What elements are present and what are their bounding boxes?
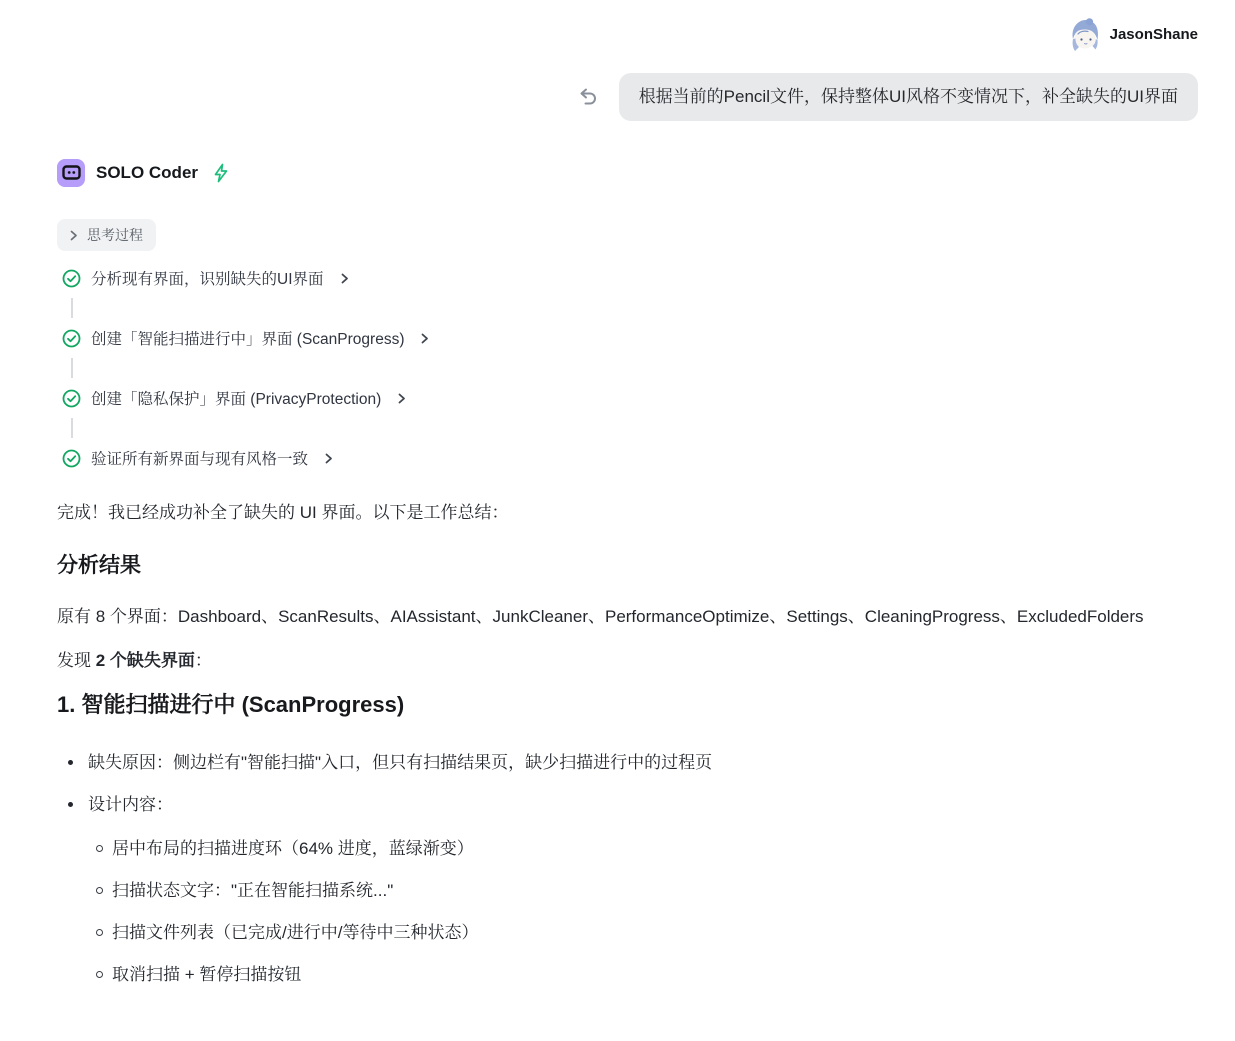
- task-item[interactable]: 创建「隐私保护」界面 (PrivacyProtection): [62, 385, 1198, 411]
- solo-coder-robot-icon: [57, 159, 85, 187]
- sub-bullet-item: 取消扫描 + 暂停扫描按钮: [57, 963, 1198, 987]
- username-label: JasonShane: [1110, 26, 1198, 43]
- sub-bullet-item: 扫描文件列表（已完成/进行中/等待中三种状态）: [57, 921, 1198, 945]
- thinking-process-toggle[interactable]: 思考过程: [57, 219, 156, 251]
- sub-bullet-item: 扫描状态文字："正在智能扫描系统...": [57, 879, 1198, 903]
- task-check-icon: [62, 329, 81, 348]
- assistant-header: SOLO Coder: [57, 159, 1198, 187]
- task-label: 验证所有新界面与现有风格一致: [91, 447, 308, 469]
- missing-count-text: 发现 2 个缺失界面：: [57, 649, 1198, 673]
- chevron-right-icon: [421, 333, 429, 344]
- task-check-icon: [62, 389, 81, 408]
- chevron-right-icon: [341, 273, 349, 284]
- task-item[interactable]: 验证所有新界面与现有风格一致: [62, 445, 1198, 471]
- task-list: 分析现有界面，识别缺失的UI界面 创建「智能扫描进行中」界面 (ScanProg…: [62, 265, 1198, 471]
- thinking-process-label: 思考过程: [87, 225, 143, 245]
- task-connector-line: [71, 358, 73, 378]
- chevron-right-icon: [70, 230, 78, 241]
- sub-bullet-list: 居中布局的扫描进度环（64% 进度，蓝绿渐变） 扫描状态文字："正在智能扫描系统…: [57, 837, 1198, 987]
- chat-page: JasonShane 根据当前的Pencil文件，保持整体UI风格不变情况下，补…: [0, 0, 1235, 987]
- task-label: 创建「智能扫描进行中」界面 (ScanProgress): [91, 327, 404, 349]
- bullet-list: 缺失原因：侧边栏有"智能扫描"入口，但只有扫描结果页，缺少扫描进行中的过程页 设…: [57, 751, 1198, 817]
- lightning-icon: [212, 163, 230, 183]
- bullet-item: 缺失原因：侧边栏有"智能扫描"入口，但只有扫描结果页，缺少扫描进行中的过程页: [57, 751, 1198, 775]
- bullet-item: 设计内容：: [57, 793, 1198, 817]
- user-account-button[interactable]: JasonShane: [1066, 17, 1198, 53]
- missing-count-suffix: ：: [195, 651, 212, 670]
- task-item[interactable]: 分析现有界面，识别缺失的UI界面: [62, 265, 1198, 291]
- task-check-icon: [62, 449, 81, 468]
- restore-checkpoint-button[interactable]: [576, 85, 600, 109]
- missing-screen-1-heading: 1. 智能扫描进行中 (ScanProgress): [57, 690, 1198, 720]
- user-avatar-icon: [1066, 17, 1102, 53]
- missing-count-prefix: 发现: [57, 651, 96, 670]
- task-check-icon: [62, 269, 81, 288]
- user-message-row: 根据当前的Pencil文件，保持整体UI风格不变情况下，补全缺失的UI界面: [57, 73, 1198, 121]
- task-connector-line: [71, 418, 73, 438]
- existing-screens-text: 原有 8 个界面：Dashboard、ScanResults、AIAssista…: [57, 601, 1198, 632]
- task-connector-line: [71, 298, 73, 318]
- undo-icon: [577, 86, 599, 108]
- user-message-bubble: 根据当前的Pencil文件，保持整体UI风格不变情况下，补全缺失的UI界面: [619, 73, 1198, 121]
- chevron-right-icon: [325, 453, 333, 464]
- task-item[interactable]: 创建「智能扫描进行中」界面 (ScanProgress): [62, 325, 1198, 351]
- analysis-heading: 分析结果: [57, 552, 1198, 580]
- task-label: 创建「隐私保护」界面 (PrivacyProtection): [91, 387, 381, 409]
- completion-note: 完成！我已经成功补全了缺失的 UI 界面。以下是工作总结：: [57, 501, 1198, 525]
- sub-bullet-item: 居中布局的扫描进度环（64% 进度，蓝绿渐变）: [57, 837, 1198, 861]
- assistant-name: SOLO Coder: [96, 163, 198, 183]
- chevron-right-icon: [398, 393, 406, 404]
- task-label: 分析现有界面，识别缺失的UI界面: [91, 267, 324, 289]
- missing-count-bold: 2 个缺失界面: [96, 651, 195, 670]
